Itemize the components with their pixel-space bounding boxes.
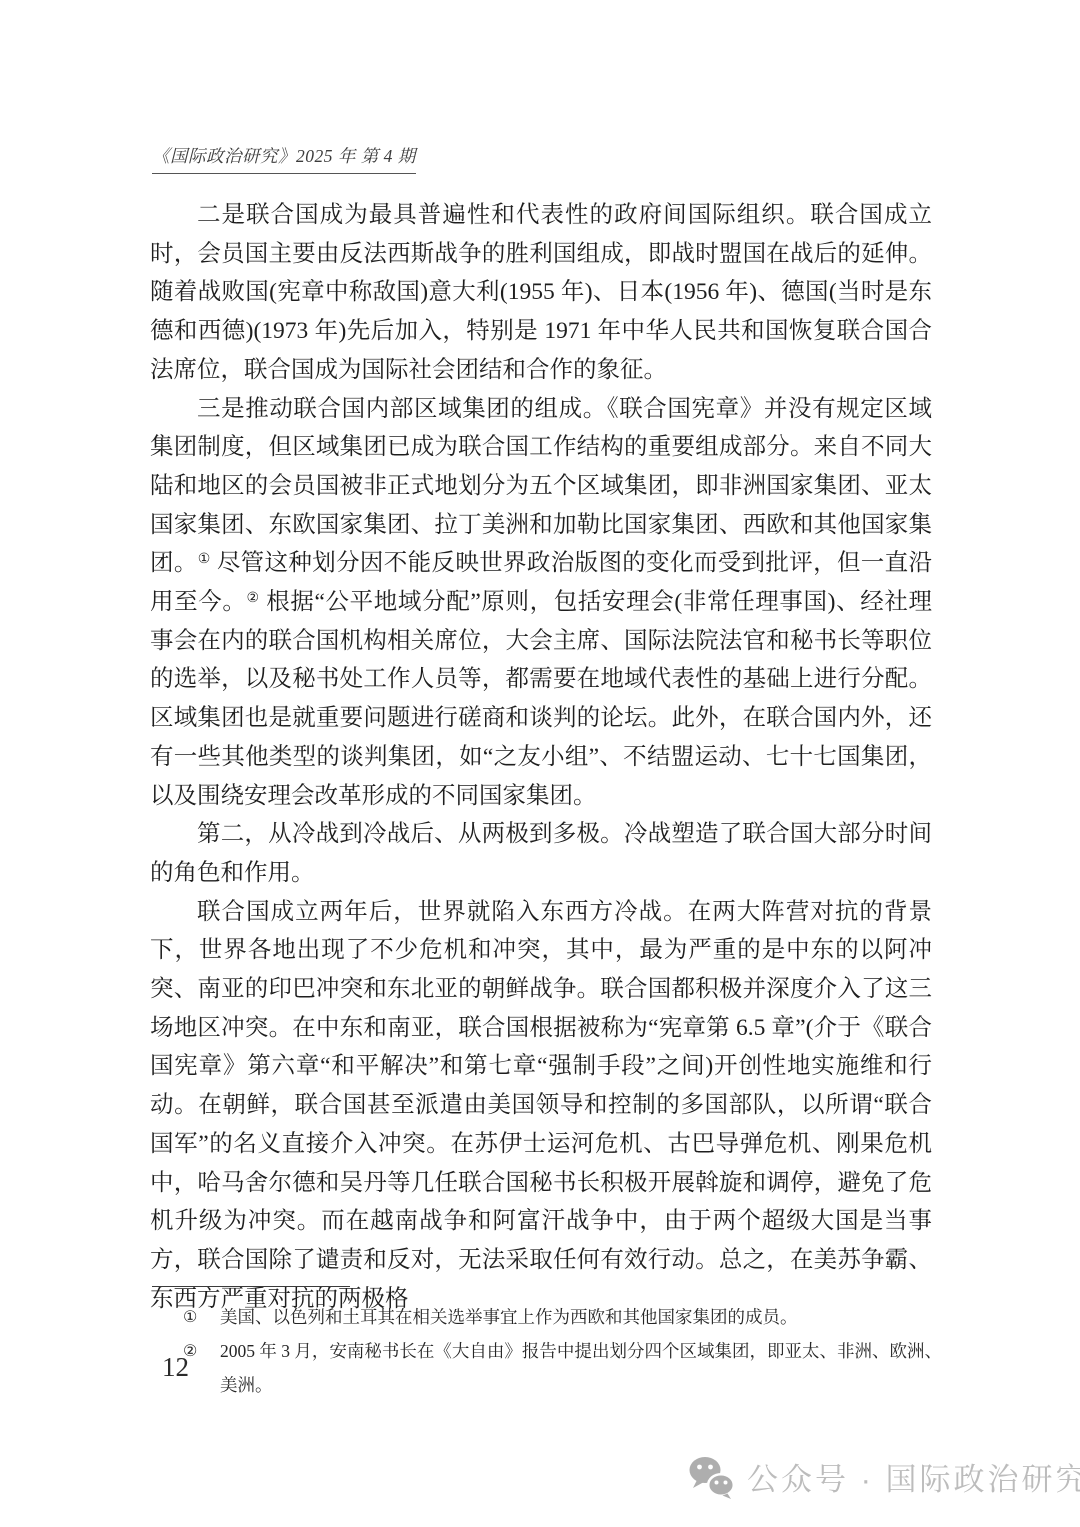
page-number: 12 (162, 1352, 189, 1383)
paragraph: 三是推动联合国内部区域集团的组成。《联合国宪章》并没有规定区域集团制度，但区域集… (150, 390, 932, 816)
paragraph: 二是联合国成为最具普遍性和代表性的政府间国际组织。联合国成立时，会员国主要由反法… (150, 196, 932, 390)
footnote: ②2005 年 3 月，安南秘书长在《大自由》报告中提出划分四个区域集团，即亚太… (150, 1334, 942, 1402)
body-paragraphs: 二是联合国成为最具普遍性和代表性的政府间国际组织。联合国成立时，会员国主要由反法… (150, 196, 932, 1318)
running-head: 《国际政治研究》2025 年 第 4 期 (152, 143, 416, 174)
footnote-marker: ① (183, 1301, 197, 1335)
footnote-ref: ② (247, 591, 260, 606)
wechat-watermark-label: 公众号 · 国际政治研究 (747, 1454, 1080, 1499)
footnote-ref: ① (198, 552, 211, 567)
document-page: 《国际政治研究》2025 年 第 4 期 二是联合国成为最具普遍性和代表性的政府… (0, 0, 1080, 1527)
wechat-icon (688, 1455, 735, 1499)
footnote: ①美国、以色列和土耳其在相关选举事宜上作为西欧和其他国家集团的成员。 (150, 1300, 942, 1334)
footnote-text: 2005 年 3 月，安南秘书长在《大自由》报告中提出划分四个区域集团，即亚太、… (220, 1341, 942, 1395)
footnote-separator (152, 1286, 350, 1287)
wechat-watermark: 公众号 · 国际政治研究 (688, 1454, 1080, 1499)
paragraph: 第二，从冷战到冷战后、从两极到多极。冷战塑造了联合国大部分时间的角色和作用。 (150, 815, 932, 892)
footnote-text: 美国、以色列和土耳其在相关选举事宜上作为西欧和其他国家集团的成员。 (220, 1307, 798, 1327)
footnotes: ①美国、以色列和土耳其在相关选举事宜上作为西欧和其他国家集团的成员。②2005 … (150, 1300, 942, 1402)
paragraph: 联合国成立两年后，世界就陷入东西方冷战。在两大阵营对抗的背景下，世界各地出现了不… (150, 893, 932, 1319)
